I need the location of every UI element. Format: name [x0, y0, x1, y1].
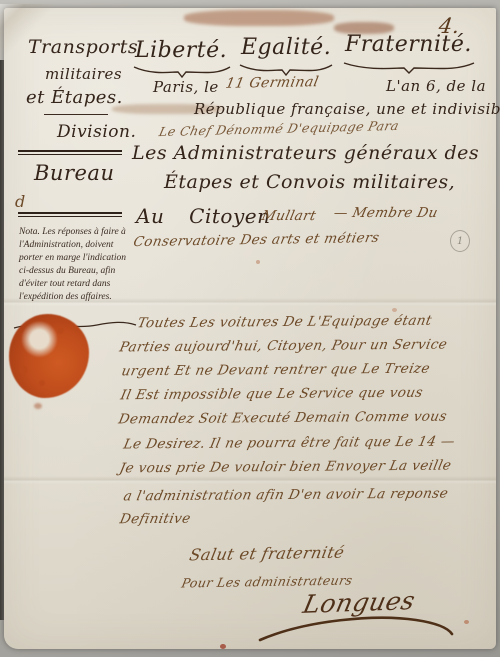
body-line: a l'administration afin D'en avoir La re…: [122, 486, 450, 505]
motto-liberte: Liberté.: [135, 38, 227, 63]
sender-line2: Étapes et Convois militaires,: [164, 171, 455, 193]
recipient-line2: Conservatoire Des arts et métiers: [132, 230, 381, 250]
body-line: Toutes Les voitures De L'Equipage étant: [136, 313, 433, 332]
pencil-annotation: 1: [450, 230, 470, 252]
flourish-underline-fraternite: [342, 60, 476, 74]
foxing-stain: [392, 308, 397, 312]
nota-text: Nota. Les réponses à faire à l'Administr…: [19, 226, 132, 304]
motto-egalite: Egalité.: [241, 35, 331, 60]
dept-etapes: et Étapes.: [26, 87, 123, 108]
division-label: Division.: [57, 122, 136, 142]
body-line: Je vous prie De vouloir bien Envoyer La …: [118, 458, 453, 477]
foxing-stain: [220, 644, 226, 649]
dept-transports: Transports: [28, 36, 138, 58]
flourish-underline-liberte: [132, 64, 232, 78]
dateline-post: L'an 6, de la: [386, 77, 486, 95]
document-photo: { "document": { "folio_number": "4.", "m…: [0, 0, 500, 657]
dept-militaires: militaires: [45, 65, 122, 83]
body-line: Parties aujourd'hui, Citoyen, Pour un Se…: [118, 337, 449, 356]
wax-seal: [9, 314, 89, 398]
body-line: Definitive: [118, 511, 192, 528]
dateline-handwritten-date: 11 Germinal: [224, 74, 320, 92]
seal-drip-stain: [34, 403, 42, 409]
recipient-au-citoyen: Au Citoyen: [136, 204, 270, 228]
recipient-name: Mullart: [260, 208, 317, 224]
rule-division: [18, 150, 122, 155]
bureau-label: Bureau: [34, 161, 114, 185]
dateline-line2: République française, une et indivisible…: [194, 100, 500, 118]
signature-flourish: [256, 606, 456, 646]
horizontal-fold: [4, 476, 496, 484]
motto-fraternite: Fraternité.: [345, 32, 472, 57]
body-line: Il Est impossible que Le Service que vou…: [119, 385, 424, 404]
rule-under-etapes: [44, 114, 108, 115]
pencil-note-text: 1: [457, 236, 463, 247]
bureau-letter: d: [15, 192, 26, 211]
rule-bureau: [18, 212, 122, 217]
foxing-stain: [464, 620, 469, 624]
body-line: urgent Et ne Devant rentrer que Le Treiz…: [120, 361, 431, 380]
dateline-pre: Paris, le: [153, 78, 219, 96]
body-line: Demandez Soit Executé Demain Comme vous: [117, 409, 448, 428]
body-line: Le Desirez. Il ne pourra être fait que L…: [122, 434, 456, 453]
chief-annotation: Le Chef Dénommé D'equipage Para: [158, 118, 401, 139]
closing-salutation: Salut et fraternité: [188, 543, 346, 565]
foxing-stain: [256, 260, 260, 264]
recipient-title: — Membre Du: [332, 205, 439, 221]
sender-line1: Les Administrateurs généraux des: [132, 142, 479, 164]
letter-paper: 4. Liberté. Egalité. Fraternité. Transpo…: [4, 8, 496, 649]
closing-signed-for: Pour Les administrateurs: [180, 573, 354, 591]
ink-bleed-smudge: [184, 10, 334, 26]
